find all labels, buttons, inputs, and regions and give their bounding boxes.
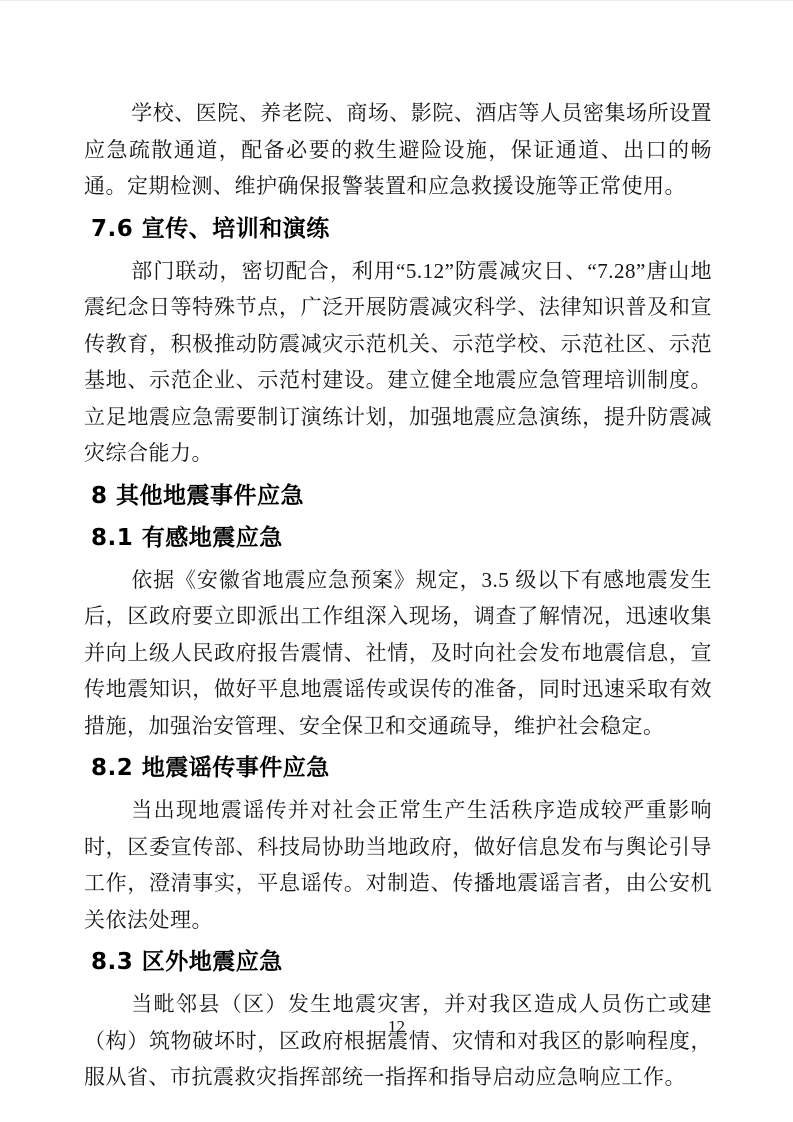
heading-8-3-outside-district-earthquake-response: 8.3 区外地震应急: [84, 944, 712, 980]
heading-8-2-earthquake-rumor-response: 8.2 地震谣传事件应急: [84, 750, 712, 786]
paragraph-publicity-training: 部门联动，密切配合，利用“5.12”防震减灾日、“7.28”唐山地震纪念日等特殊…: [84, 253, 712, 472]
page-number: 12: [0, 1017, 793, 1037]
paragraph-outside-district-earthquake: 当毗邻县（区）发生地震灾害，并对我区造成人员伤亡或建（构）筑物破坏时，区政府根据…: [84, 986, 712, 1096]
heading-7-6-publicity-training-drills: 7.6 宣传、培训和演练: [84, 211, 712, 247]
paragraph-evacuation-channels: 学校、医院、养老院、商场、影院、酒店等人员密集场所设置应急疏散通道，配备必要的救…: [84, 95, 712, 205]
page-content: 学校、医院、养老院、商场、影院、酒店等人员密集场所设置应急疏散通道，配备必要的救…: [84, 95, 712, 1096]
paragraph-felt-earthquake: 依据《安徽省地震应急预案》规定，3.5 级以下有感地震发生后，区政府要立即派出工…: [84, 562, 712, 745]
document-page: { "document": { "page_number": "12", "bl…: [0, 0, 793, 1122]
paragraph-earthquake-rumor: 当出现地震谣传并对社会正常生产生活秩序造成较严重影响时，区委宣传部、科技局协助当…: [84, 792, 712, 938]
heading-8-1-felt-earthquake-response: 8.1 有感地震应急: [84, 520, 712, 556]
page-surface: 学校、医院、养老院、商场、影院、酒店等人员密集场所设置应急疏散通道，配备必要的救…: [0, 0, 793, 1122]
heading-8-other-earthquake-events: 8 其他地震事件应急: [84, 478, 712, 514]
